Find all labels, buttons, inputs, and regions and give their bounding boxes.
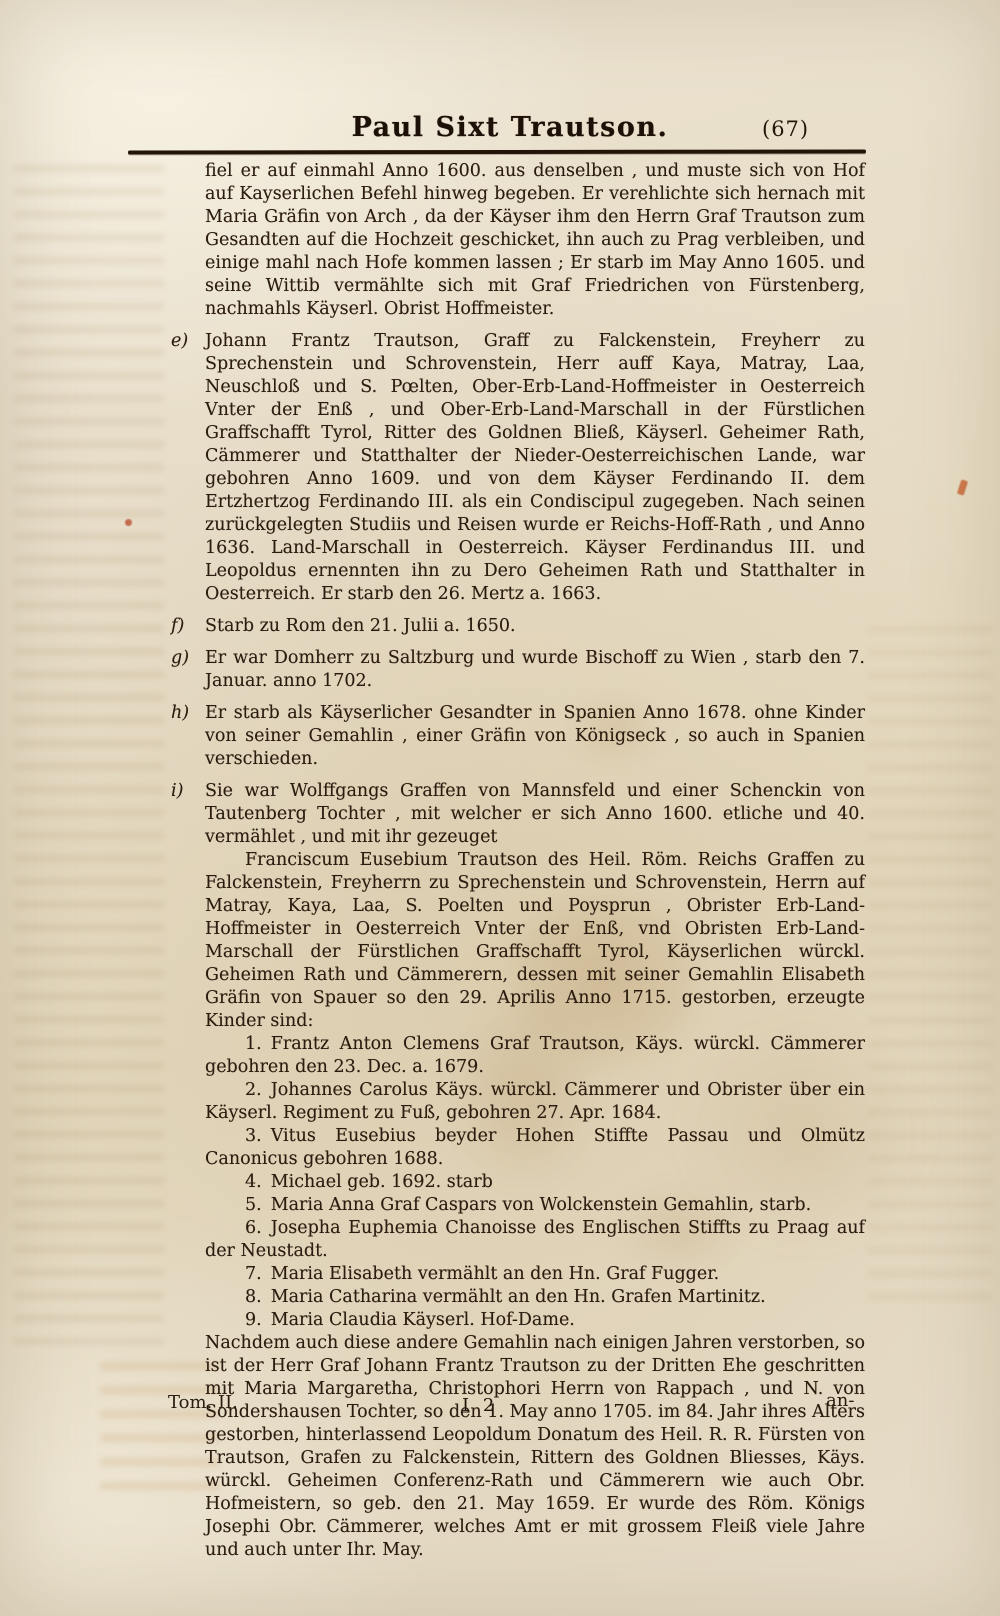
child-number: 1. (245, 1034, 262, 1054)
child-text: Maria Anna Graf Caspars von Wolckenstein… (271, 1195, 811, 1215)
child-text: Vitus Eusebius beyder Hohen Stiffte Pass… (205, 1126, 865, 1169)
child-list-item: 2.Johannes Carolus Käys. würckl. Cämmere… (205, 1079, 865, 1125)
page-title: Paul Sixt Trautson. (260, 112, 760, 143)
child-number: 7. (245, 1264, 262, 1284)
footnote: h) Er starb als Käyserlicher Gesandter i… (205, 702, 865, 771)
child-list-item: 6.Josepha Euphemia Chanoisse des Englisc… (205, 1217, 865, 1263)
continuation-paragraph: fiel er auf einmahl Anno 1600. aus dense… (205, 160, 865, 321)
child-number: 3. (245, 1126, 262, 1146)
child-list-item: 5.Maria Anna Graf Caspars von Wolckenste… (205, 1194, 865, 1217)
footnote-text: Starb zu Rom den 21. Julii a. 1650. (205, 615, 865, 638)
child-list-item: 3.Vitus Eusebius beyder Hohen Stiffte Pa… (205, 1125, 865, 1171)
book-page: Paul Sixt Trautson. (67) fiel er auf ein… (0, 0, 1000, 1616)
gathering-signature: I 2 (462, 1395, 498, 1416)
volume-label: Tom. II. (168, 1392, 238, 1413)
child-number: 6. (245, 1218, 262, 1238)
footnote-text: Sie war Wolffgangs Graffen von Mannsfeld… (205, 780, 865, 849)
child-list-item: 8.Maria Catharina vermählt an den Hn. Gr… (205, 1286, 865, 1309)
child-text: Maria Elisabeth vermählt an den Hn. Graf… (271, 1264, 720, 1284)
footnote-label: g) (171, 647, 201, 670)
footnote-text: Johann Frantz Trautson, Graff zu Falcken… (205, 330, 865, 606)
ink-mark (957, 479, 968, 495)
child-text: Michael geb. 1692. starb (271, 1172, 493, 1192)
issue-paragraph: Franciscum Eusebium Trautson des Heil. R… (205, 849, 865, 1033)
child-number: 8. (245, 1287, 262, 1307)
footnote: e) Johann Frantz Trautson, Graff zu Falc… (205, 330, 865, 606)
paper-showthrough-bottom (100, 1360, 220, 1490)
footnote: i) Sie war Wolffgangs Graffen von Mannsf… (205, 780, 865, 849)
child-text: Maria Catharina vermählt an den Hn. Graf… (271, 1287, 766, 1307)
child-text: Frantz Anton Clemens Graf Trautson, Käys… (205, 1034, 865, 1077)
page-number: (67) (762, 117, 809, 141)
child-number: 9. (245, 1310, 262, 1330)
child-number: 2. (245, 1080, 262, 1100)
footnote-label: i) (171, 780, 201, 803)
catchword: an- (826, 1390, 854, 1411)
footnote-label: f) (171, 615, 201, 638)
paper-showthrough-right (868, 620, 992, 1300)
child-text: Johannes Carolus Käys. würckl. Cämmerer … (205, 1080, 865, 1123)
child-number: 5. (245, 1195, 262, 1215)
text-block: fiel er auf einmahl Anno 1600. aus dense… (205, 160, 865, 1562)
footnote-text: Er starb als Käyserlicher Gesandter in S… (205, 702, 865, 771)
child-list-item: 7.Maria Elisabeth vermählt an den Hn. Gr… (205, 1263, 865, 1286)
child-number: 4. (245, 1172, 262, 1192)
paper-showthrough-left (14, 165, 164, 1345)
child-text: Josepha Euphemia Chanoisse des Englische… (205, 1218, 865, 1261)
child-list-item: 9.Maria Claudia Käyserl. Hof-Dame. (205, 1309, 865, 1332)
footnote-label: e) (171, 330, 201, 353)
child-list-item: 4.Michael geb. 1692. starb (205, 1171, 865, 1194)
ink-dot (125, 519, 132, 526)
footnote: g) Er war Domherr zu Saltzburg und wurde… (205, 647, 865, 693)
footnote-text: Er war Domherr zu Saltzburg und wurde Bi… (205, 647, 865, 693)
footnote: f) Starb zu Rom den 21. Julii a. 1650. (205, 615, 865, 638)
child-text: Maria Claudia Käyserl. Hof-Dame. (271, 1310, 575, 1330)
footnote-label: h) (171, 702, 201, 725)
header-rule (128, 149, 866, 154)
closing-paragraph: Nachdem auch diese andere Gemahlin nach … (205, 1332, 865, 1562)
child-list-item: 1.Frantz Anton Clemens Graf Trautson, Kä… (205, 1033, 865, 1079)
